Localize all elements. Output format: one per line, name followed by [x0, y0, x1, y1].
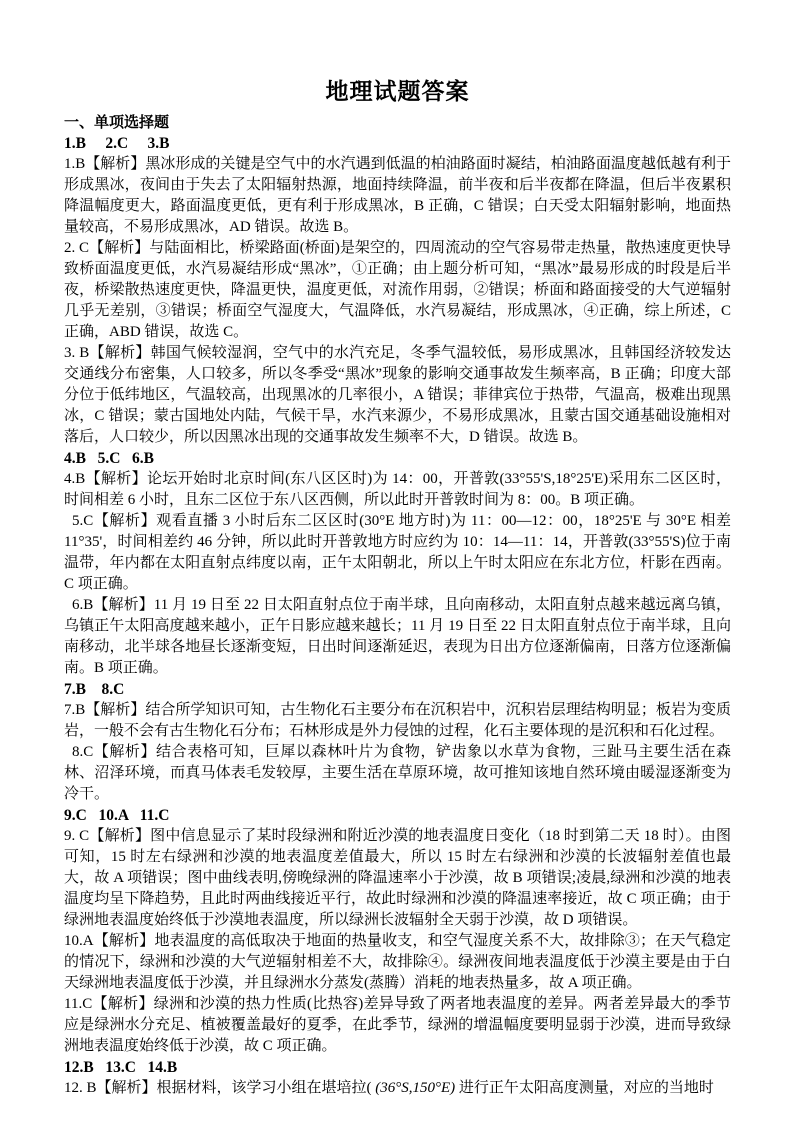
- answer-key-row-1-3: 1.B 2.C 3.B: [64, 133, 731, 154]
- explanation-q1: 1.B【解析】黑冰形成的关键是空气中的水汽遇到低温的柏油路面时凝结，柏油路面温度…: [64, 154, 731, 238]
- explanation-q10: 10.A【解析】地表温度的高低取决于地面的热量收支，和空气湿度关系不大，故排除③…: [64, 931, 731, 994]
- explanation-q12: 12. B【解析】根据材料，该学习小组在堪培拉( (36°S,150°E) 进行…: [64, 1078, 731, 1099]
- explanation-q7: 7.B【解析】结合所学知识可知，古生物化石主要分布在沉积岩中，沉积岩层理结构明显…: [64, 700, 731, 742]
- coordinates-formula: (36°S,150°E): [375, 1080, 455, 1096]
- document-page: 地理试题答案 一、单项选择题 1.B 2.C 3.B 1.B【解析】黑冰形成的关…: [0, 0, 793, 1122]
- doc-title: 地理试题答案: [64, 76, 731, 106]
- section-heading: 一、单项选择题: [64, 112, 731, 133]
- answer-key-row-12-14: 12.B 13.C 14.B: [64, 1057, 731, 1078]
- explanation-q9: 9. C【解析】图中信息显示了某时段绿洲和附近沙漠的地表温度日变化（18 时到第…: [64, 826, 731, 931]
- explanation-q4: 4.B【解析】论坛开始时北京时间(东八区区时)为 14：00，开普敦(33°55…: [64, 469, 731, 511]
- explanation-q8: 8.C【解析】结合表格可知，巨犀以森林叶片为食物，铲齿象以水草为食物，三趾马主要…: [64, 742, 731, 805]
- explanation-q11: 11.C【解析】绿洲和沙漠的热力性质(比热容)差异导致了两者地表温度的差异。两者…: [64, 994, 731, 1057]
- explanation-q12-prefix: 12. B【解析】根据材料，该学习小组在堪培拉(: [64, 1080, 375, 1096]
- answer-key-row-4-6: 4.B 5.C 6.B: [64, 448, 731, 469]
- answer-key-row-9-11: 9.C 10.A 11.C: [64, 805, 731, 826]
- explanation-q3: 3. B【解析】韩国气候较湿润，空气中的水汽充足，冬季气温较低，易形成黑冰，且韩…: [64, 343, 731, 448]
- explanation-q12-suffix: 进行正午太阳高度测量，对应的当地时: [455, 1080, 714, 1096]
- answer-key-row-7-8: 7.B 8.C: [64, 679, 731, 700]
- explanation-q6: 6.B【解析】11 月 19 日至 22 日太阳直射点位于南半球，且向南移动，太…: [64, 595, 731, 679]
- explanation-q5: 5.C【解析】观看直播 3 小时后东二区区时(30°E 地方时)为 11：00—…: [64, 511, 731, 595]
- explanation-q2: 2. C【解析】与陆面相比，桥梁路面(桥面)是架空的，四周流动的空气容易带走热量…: [64, 238, 731, 343]
